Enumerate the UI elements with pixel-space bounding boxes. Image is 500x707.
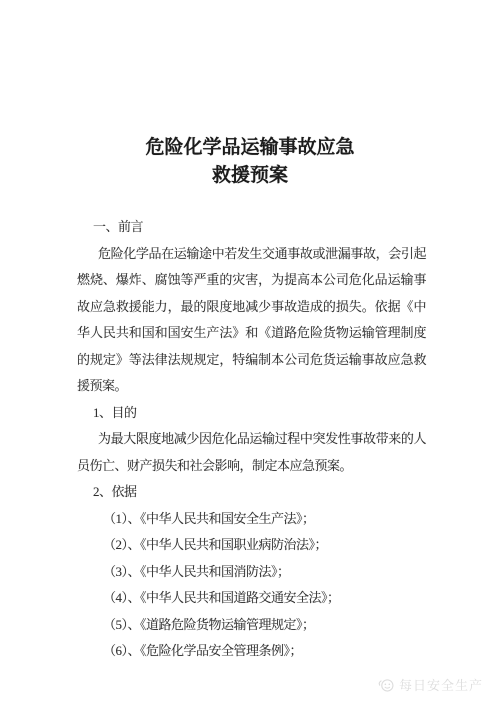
list-item: （1）、《中华人民共和国安全生产法》； bbox=[77, 506, 426, 533]
watermark-label: 每日安全生产 bbox=[399, 675, 483, 694]
basis-heading: 2、依据 bbox=[77, 479, 426, 506]
list-item: （6）、《危险化学品安全管理条例》； bbox=[77, 638, 426, 665]
smiley-logo-icon bbox=[377, 676, 395, 694]
document-page: 危险化学品运输事故应急 救援预案 一、前言 危险化学品在运输途中若发生交通事故或… bbox=[0, 0, 500, 707]
preface-paragraph: 危险化学品在运输途中若发生交通事故或泄漏事故，会引起燃烧、爆炸、腐蚀等严重的灾害… bbox=[77, 241, 426, 400]
preface-heading: 一、前言 bbox=[77, 214, 426, 241]
doc-title-line-1: 危险化学品运输事故应急 bbox=[0, 134, 500, 162]
basis-list: （1）、《中华人民共和国安全生产法》； （2）、《中华人民共和国职业病防治法》；… bbox=[77, 506, 426, 665]
purpose-paragraph: 为最大限度地减少因危化品运输过程中突发性事故带来的人员伤亡、财产损失和社会影响，… bbox=[77, 426, 426, 479]
watermark: 每日安全生产 bbox=[377, 675, 483, 694]
list-item: （3）、《中华人民共和国消防法》； bbox=[77, 559, 426, 586]
list-item: （2）、《中华人民共和国职业病防治法》； bbox=[77, 532, 426, 559]
doc-title-line-2: 救援预案 bbox=[0, 162, 500, 190]
purpose-heading: 1、目的 bbox=[77, 400, 426, 427]
list-item: （4）、《中华人民共和国道路交通安全法》； bbox=[77, 585, 426, 612]
list-item: （5）、《道路危险货物运输管理规定》； bbox=[77, 612, 426, 639]
doc-title: 危险化学品运输事故应急 救援预案 bbox=[0, 134, 500, 190]
doc-content: 一、前言 危险化学品在运输途中若发生交通事故或泄漏事故，会引起燃烧、爆炸、腐蚀等… bbox=[77, 214, 426, 665]
